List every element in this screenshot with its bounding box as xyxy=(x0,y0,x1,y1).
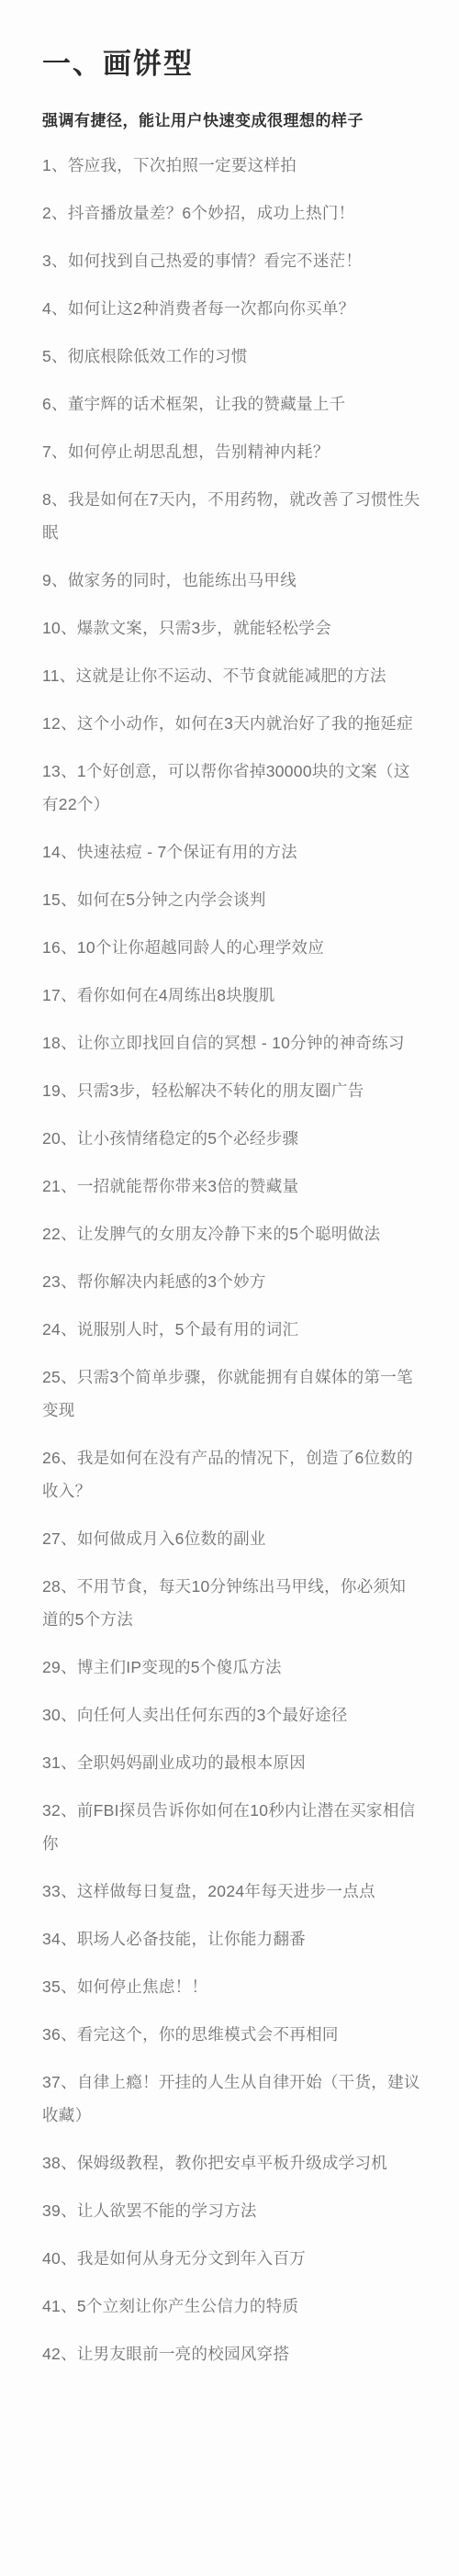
list-item: 3、如何找到自己热爱的事情？看完不迷茫！ xyxy=(42,244,420,277)
list-item: 17、看你如何在4周练出8块腹肌 xyxy=(42,979,420,1012)
list-item: 29、博主们IP变现的5个傻瓜方法 xyxy=(42,1651,420,1684)
section-title: 一、画饼型 xyxy=(42,46,420,83)
list-item: 31、全职妈妈副业成功的最根本原因 xyxy=(42,1746,420,1779)
article-page: 一、画饼型 强调有捷径，能让用户快速变成很理想的样子 1、答应我，下次拍照一定要… xyxy=(0,0,459,2576)
list-item: 26、我是如何在没有产品的情况下，创造了6位数的收入？ xyxy=(42,1441,420,1507)
list-item: 38、保姆级教程，教你把安卓平板升级成学习机 xyxy=(42,2146,420,2179)
list-item: 19、只需3步，轻松解决不转化的朋友圈广告 xyxy=(42,1074,420,1107)
list-item: 40、我是如何从身无分文到年入百万 xyxy=(42,2242,420,2275)
list-item: 41、5个立刻让你产生公信力的特质 xyxy=(42,2290,420,2323)
list-item: 4、如何让这2种消费者每一次都向你买单？ xyxy=(42,292,420,325)
list-item: 37、自律上瘾！开挂的人生从自律开始（干货，建议收藏） xyxy=(42,2066,420,2132)
list-item: 10、爆款文案，只需3步，就能轻松学会 xyxy=(42,611,420,644)
list-item: 27、如何做成月入6位数的副业 xyxy=(42,1522,420,1555)
list-item: 5、彻底根除低效工作的习惯 xyxy=(42,340,420,373)
list-item: 15、如何在5分钟之内学会谈判 xyxy=(42,883,420,916)
list-item: 33、这样做每日复盘，2024年每天进步一点点 xyxy=(42,1875,420,1908)
list-item: 34、职场人必备技能，让你能力翻番 xyxy=(42,1922,420,1955)
list-item: 2、抖音播放量差？6个妙招，成功上热门！ xyxy=(42,196,420,230)
list-item: 39、让人欲罢不能的学习方法 xyxy=(42,2194,420,2227)
list-item: 6、董宇辉的话术框架，让我的赞藏量上千 xyxy=(42,387,420,420)
list-item: 36、看完这个，你的思维模式会不再相同 xyxy=(42,2018,420,2051)
list-item: 24、说服别人时，5个最有用的词汇 xyxy=(42,1313,420,1346)
list-item: 20、让小孩情绪稳定的5个必经步骤 xyxy=(42,1122,420,1155)
title-list: 1、答应我，下次拍照一定要这样拍2、抖音播放量差？6个妙招，成功上热门！3、如何… xyxy=(42,149,420,2370)
list-item: 25、只需3个简单步骤，你就能拥有自媒体的第一笔变现 xyxy=(42,1361,420,1427)
list-item: 23、帮你解决内耗感的3个妙方 xyxy=(42,1265,420,1298)
list-item: 21、一招就能帮你带来3倍的赞藏量 xyxy=(42,1170,420,1203)
list-item: 12、这个小动作，如何在3天内就治好了我的拖延症 xyxy=(42,707,420,740)
list-item: 16、10个让你超越同龄人的心理学效应 xyxy=(42,931,420,964)
list-item: 8、我是如何在7天内，不用药物，就改善了习惯性失眠 xyxy=(42,483,420,549)
section-subtitle: 强调有捷径，能让用户快速变成很理想的样子 xyxy=(42,110,420,132)
list-item: 18、让你立即找回自信的冥想 - 10分钟的神奇练习 xyxy=(42,1026,420,1059)
list-item: 22、让发脾气的女朋友冷静下来的5个聪明做法 xyxy=(42,1217,420,1250)
list-item: 1、答应我，下次拍照一定要这样拍 xyxy=(42,149,420,182)
list-item: 42、让男友眼前一亮的校园风穿搭 xyxy=(42,2337,420,2370)
list-item: 13、1个好创意，可以帮你省掉30000块的文案（这有22个） xyxy=(42,755,420,821)
list-item: 35、如何停止焦虑！！ xyxy=(42,1970,420,2003)
list-item: 14、快速祛痘 - 7个保证有用的方法 xyxy=(42,835,420,868)
list-item: 7、如何停止胡思乱想，告别精神内耗？ xyxy=(42,435,420,468)
list-item: 11、这就是让你不运动、不节食就能减肥的方法 xyxy=(42,659,420,692)
list-item: 28、不用节食，每天10分钟练出马甲线，你必须知道的5个方法 xyxy=(42,1570,420,1636)
list-item: 30、向任何人卖出任何东西的3个最好途径 xyxy=(42,1698,420,1731)
list-item: 9、做家务的同时，也能练出马甲线 xyxy=(42,564,420,597)
list-item: 32、前FBI探员告诉你如何在10秒内让潜在买家相信你 xyxy=(42,1794,420,1860)
